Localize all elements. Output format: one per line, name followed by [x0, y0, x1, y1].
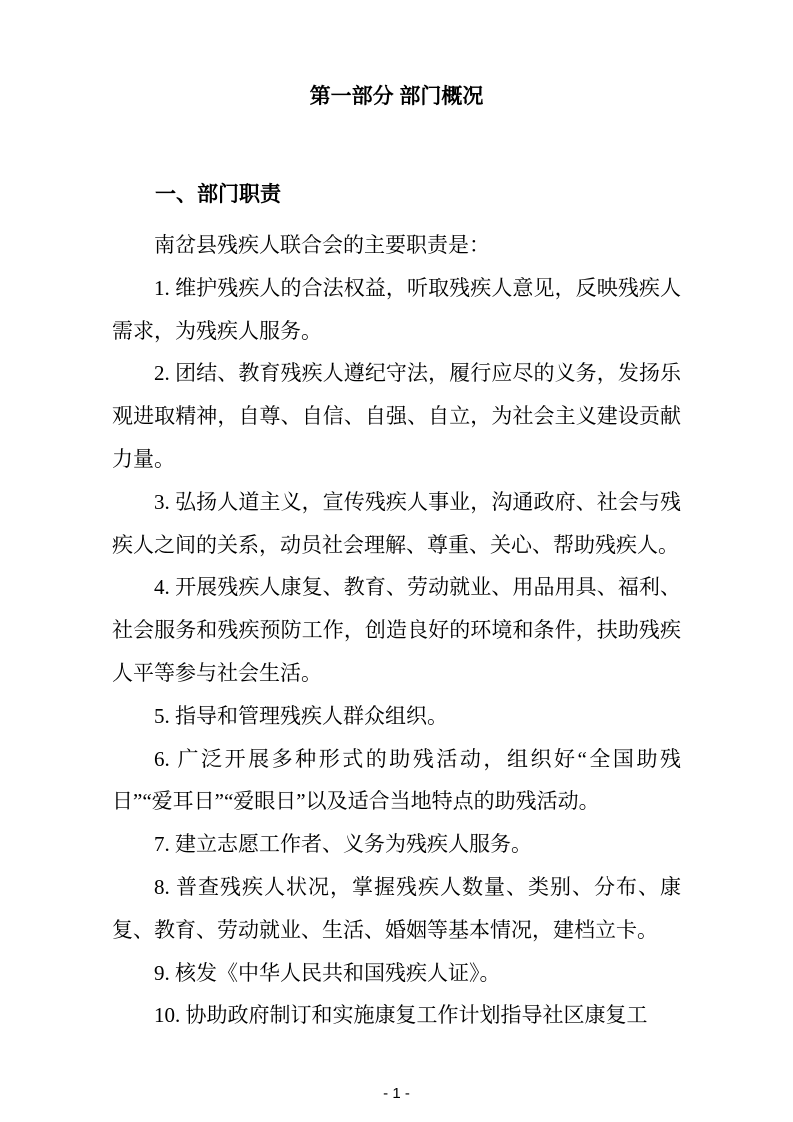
paragraph-duty-8: 8. 普查残疾人状况，掌握残疾人数量、类别、分布、康复、教育、劳动就业、生活、婚…	[112, 866, 681, 952]
paragraph-duty-4: 4. 开展残疾人康复、教育、劳动就业、用品用具、福利、社会服务和残疾预防工作，创…	[112, 566, 681, 694]
document-body: 南岔县残疾人联合会的主要职责是： 1. 维护残疾人的合法权益，听取残疾人意见，反…	[112, 224, 681, 1037]
document-page: 第一部分 部门概况 一、部门职责 南岔县残疾人联合会的主要职责是： 1. 维护残…	[0, 0, 793, 1122]
page-number: - 1 -	[0, 1084, 793, 1104]
section-heading: 一、部门职责	[155, 182, 281, 208]
paragraph-duty-6: 6. 广泛开展多种形式的助残活动，组织好“全国助残日”“爱耳日”“爱眼日”以及适…	[112, 738, 681, 824]
paragraph-duty-2: 2. 团结、教育残疾人遵纪守法，履行应尽的义务，发扬乐观进取精神，自尊、自信、自…	[112, 352, 681, 480]
paragraph-intro: 南岔县残疾人联合会的主要职责是：	[112, 224, 681, 267]
paragraph-duty-5: 5. 指导和管理残疾人群众组织。	[112, 695, 681, 738]
paragraph-duty-9: 9. 核发《中华人民共和国残疾人证》。	[112, 952, 681, 995]
paragraph-duty-3: 3. 弘扬人道主义，宣传残疾人事业，沟通政府、社会与残疾人之间的关系，动员社会理…	[112, 481, 681, 567]
paragraph-duty-1: 1. 维护残疾人的合法权益，听取残疾人意见，反映残疾人需求，为残疾人服务。	[112, 267, 681, 353]
paragraph-duty-7: 7. 建立志愿工作者、义务为残疾人服务。	[112, 823, 681, 866]
paragraph-duty-10: 10. 协助政府制订和实施康复工作计划指导社区康复工	[112, 994, 681, 1037]
document-title: 第一部分 部门概况	[0, 84, 793, 110]
